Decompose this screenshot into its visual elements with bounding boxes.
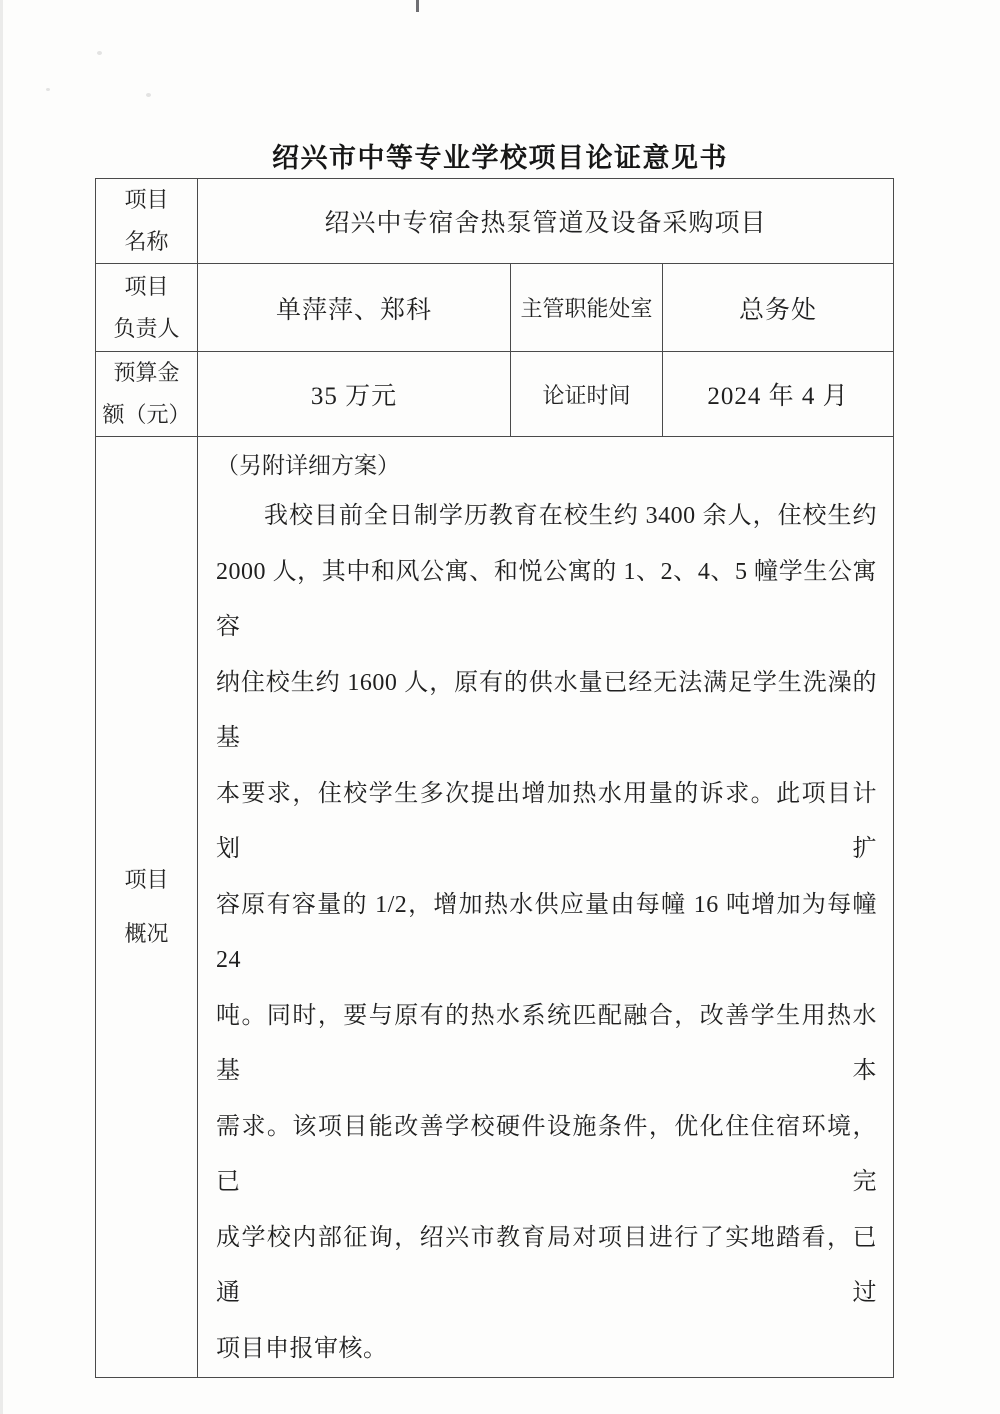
competent-office-value: 总务处 [663, 264, 894, 352]
label-line: 额（元） [96, 394, 197, 436]
overview-body-line: 吨。同时，要与原有的热水系统匹配融合，改善学生用热水基本 [216, 989, 877, 1100]
label-line: 概况 [96, 907, 197, 961]
project-leader-label: 项目 负责人 [96, 264, 198, 352]
overview-body-line: 需求。该项目能改善学校硬件设施条件，优化住住宿环境，已完 [216, 1100, 877, 1211]
scan-speck [97, 51, 102, 55]
overview-body-line: 容原有容量的 1/2，增加热水供应量由每幢 16 吨增加为每幢 24 [216, 878, 877, 989]
overview-body-line: 我校目前全日制学历教育在校生约 3400 余人，住校生约 [216, 489, 877, 545]
project-overview-label: 项目 概况 [96, 437, 198, 1378]
row-project-name: 项目 名称 绍兴中专宿舍热泵管道及设备采购项目 [96, 179, 894, 264]
review-time-label: 论证时间 [511, 352, 663, 437]
review-time-value: 2024 年 4 月 [663, 352, 894, 437]
overview-body-line: 本要求，住校学生多次提出增加热水用量的诉求。此项目计划扩 [216, 767, 877, 878]
label-line: 预算金 [96, 352, 197, 394]
project-leader-value: 单萍萍、郑科 [198, 264, 511, 352]
scan-artifact-tick [416, 0, 419, 12]
row-budget: 预算金 额（元） 35 万元 论证时间 2024 年 4 月 [96, 352, 894, 437]
label-line: 项目 [96, 853, 197, 907]
row-project-leader: 项目 负责人 单萍萍、郑科 主管职能处室 总务处 [96, 264, 894, 352]
label-line: 名称 [96, 221, 197, 263]
overview-body-line: 项目申报审核。 [216, 1322, 877, 1378]
scan-edge-shade [0, 0, 3, 1414]
budget-amount-label: 预算金 额（元） [96, 352, 198, 437]
label-line: 负责人 [96, 308, 197, 350]
overview-body-line: 2000 人，其中和风公寓、和悦公寓的 1、2、4、5 幢学生公寓容 [216, 545, 877, 656]
overview-body-line: 成学校内部征询，绍兴市教育局对项目进行了实地踏看，已通过 [216, 1211, 877, 1322]
overview-note: （另附详细方案） [216, 443, 877, 489]
project-name-label: 项目 名称 [96, 179, 198, 264]
competent-office-label: 主管职能处室 [511, 264, 663, 352]
form-table: 项目 名称 绍兴中专宿舍热泵管道及设备采购项目 项目 负责人 单萍萍、郑科 主管… [95, 178, 894, 1378]
scanned-document-page: 绍兴市中等专业学校项目论证意见书 项目 名称 绍兴中专宿舍热泵管道及设备采购项目… [0, 0, 1000, 1414]
label-line: 项目 [96, 179, 197, 221]
budget-amount-value: 35 万元 [198, 352, 511, 437]
project-name-value: 绍兴中专宿舍热泵管道及设备采购项目 [198, 179, 894, 264]
overview-body-line: 纳住校生约 1600 人，原有的供水量已经无法满足学生洗澡的基 [216, 656, 877, 767]
page-title: 绍兴市中等专业学校项目论证意见书 [0, 136, 1000, 175]
label-line: 项目 [96, 266, 197, 308]
project-overview-content: （另附详细方案） 我校目前全日制学历教育在校生约 3400 余人，住校生约 20… [198, 437, 894, 1378]
scan-speck [146, 93, 151, 97]
row-project-overview: 项目 概况 （另附详细方案） 我校目前全日制学历教育在校生约 3400 余人，住… [96, 437, 894, 1378]
scan-speck [46, 88, 50, 91]
overview-text-block: （另附详细方案） 我校目前全日制学历教育在校生约 3400 余人，住校生约 20… [198, 437, 893, 1377]
